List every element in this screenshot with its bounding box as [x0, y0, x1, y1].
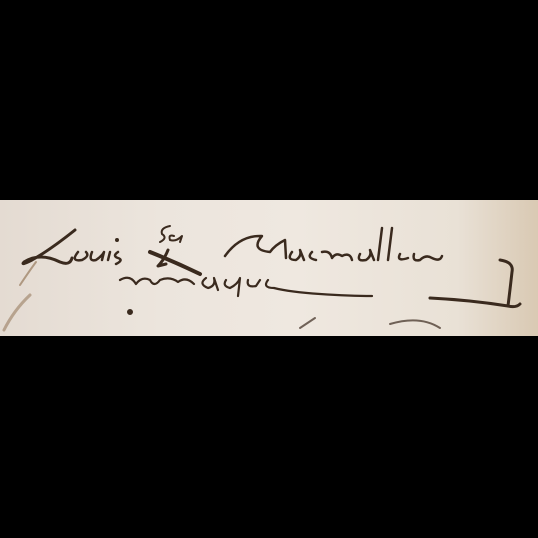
handwriting: [0, 200, 538, 336]
paper-strip: Louis sa + Macmallen marque: [0, 200, 538, 336]
